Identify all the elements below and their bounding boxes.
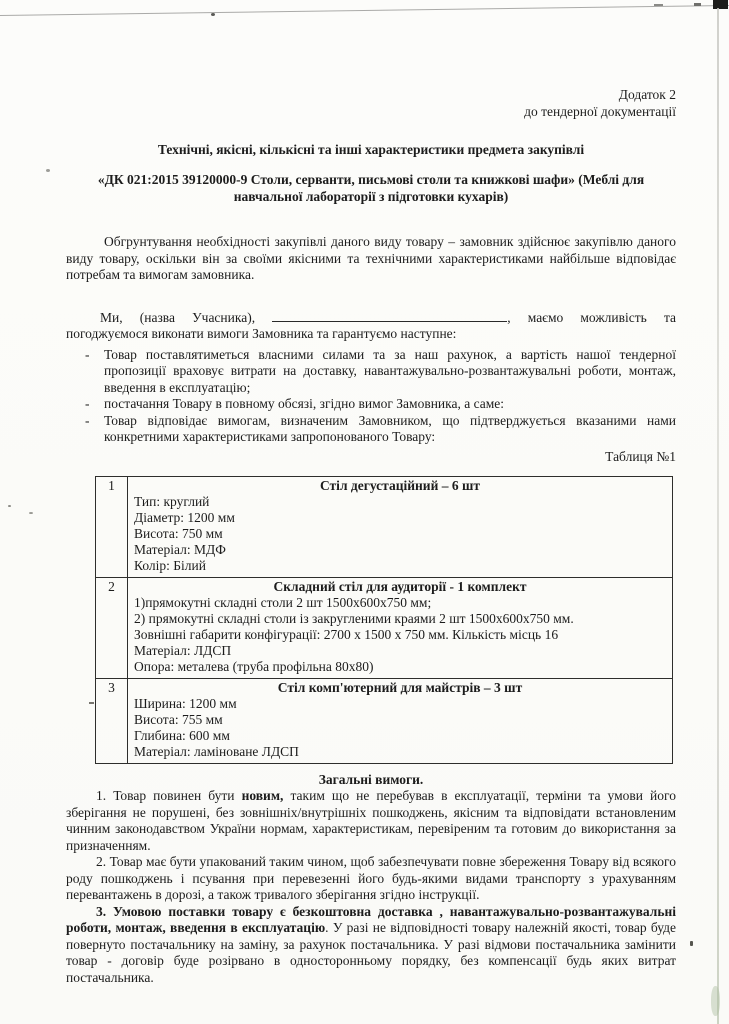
scan-right-edge-line [717, 8, 719, 1024]
guarantee-list: - Товар поставлятиметься власними силами… [66, 347, 676, 446]
item-spec: Ширина: 1200 мм [134, 696, 666, 712]
item-spec: Матеріал: МДФ [134, 542, 666, 558]
item-spec: Зовнішні габарити конфігурації: 2700 х 1… [134, 627, 666, 643]
item-spec: Колір: Білий [134, 558, 666, 574]
general-requirement-3: 3. Умовою поставки товару є безкоштовна … [66, 904, 676, 987]
scan-speck [29, 512, 33, 514]
row-number: 1 [96, 477, 128, 578]
list-item-text: постачання Товару в повному обсязі, згід… [104, 396, 504, 411]
general-requirement-1: 1. Товар повинен бути новим, таким що не… [66, 788, 676, 854]
item-spec: 2) прямокутні складні столи із закруглен… [134, 611, 666, 627]
scan-speck [694, 3, 701, 6]
justification-paragraph: Обгрунтування необхідності закупівлі дан… [66, 234, 676, 284]
item-title: Стіл комп'ютерний для майстрів – 3 шт [134, 680, 666, 696]
table-row: 1 Стіл дегустаційний – 6 шт Тип: круглий… [96, 477, 673, 578]
participant-name-blank [272, 309, 507, 322]
requirement-bold-text: новим, [242, 788, 284, 803]
specification-table: 1 Стіл дегустаційний – 6 шт Тип: круглий… [95, 476, 673, 764]
item-spec: Глибина: 600 мм [134, 728, 666, 744]
list-item: - Товар відповідає вимогам, визначеним З… [66, 413, 676, 446]
requirement-number: 3. [96, 904, 113, 919]
table-caption: Таблиця №1 [66, 449, 676, 466]
list-dash: - [85, 413, 90, 430]
appendix-subtitle: до тендерної документації [66, 103, 676, 120]
requirement-text: 1. Товар повинен бути [96, 788, 242, 803]
appendix-number: Додаток 2 [66, 0, 676, 103]
scanned-document-page: Додаток 2 до тендерної документації Техн… [0, 0, 729, 1024]
row-content: Стіл комп'ютерний для майстрів – 3 шт Ши… [128, 679, 673, 764]
item-spec: Висота: 750 мм [134, 526, 666, 542]
item-spec: Тип: круглий [134, 494, 666, 510]
row-content: Стіл дегустаційний – 6 шт Тип: круглий Д… [128, 477, 673, 578]
scan-smudge [711, 986, 720, 1016]
item-spec: Висота: 755 мм [134, 712, 666, 728]
row-number: 3 [96, 679, 128, 764]
scan-corner-mark [713, 0, 728, 9]
scan-speck [46, 169, 50, 172]
item-spec: Матеріал: ламіноване ЛДСП [134, 744, 666, 760]
document-subtitle: «ДК 021:2015 39120000-9 Столи, серванти,… [88, 171, 654, 205]
list-item: - постачання Товару в повному обсязі, зг… [66, 396, 676, 413]
list-item: - Товар поставлятиметься власними силами… [66, 347, 676, 397]
item-spec: Опора: металева (труба профільна 80х80) [134, 659, 666, 675]
item-spec: Матеріал: ЛДСП [134, 643, 666, 659]
document-content: Додаток 2 до тендерної документації Техн… [66, 0, 676, 986]
scan-speck [690, 941, 693, 946]
item-title: Стіл дегустаційний – 6 шт [134, 478, 666, 494]
participant-declaration: Ми, (назва Учасника), , маємо можливість… [66, 309, 676, 343]
item-spec: Діаметр: 1200 мм [134, 510, 666, 526]
row-content: Складний стіл для аудиторії - 1 комплект… [128, 578, 673, 679]
item-title: Складний стіл для аудиторії - 1 комплект [134, 579, 666, 595]
scan-speck [8, 505, 11, 507]
document-title: Технічні, якісні, кількісні та інші хара… [66, 141, 676, 158]
item-spec: 1)прямокутні складні столи 2 шт 1500х600… [134, 595, 666, 611]
list-item-text: Товар відповідає вимогам, визначеним Зам… [104, 413, 676, 445]
table-row: 3 Стіл комп'ютерний для майстрів – 3 шт … [96, 679, 673, 764]
general-requirement-2: 2. Товар має бути упакований таким чином… [66, 854, 676, 904]
list-dash: - [85, 347, 90, 364]
table-row: 2 Складний стіл для аудиторії - 1 компле… [96, 578, 673, 679]
participant-prefix: Ми, (назва Учасника), [100, 310, 255, 325]
list-dash: - [85, 396, 90, 413]
list-item-text: Товар поставлятиметься власними силами т… [104, 347, 676, 395]
general-requirements-heading: Загальні вимоги. [66, 771, 676, 788]
row-number: 2 [96, 578, 128, 679]
